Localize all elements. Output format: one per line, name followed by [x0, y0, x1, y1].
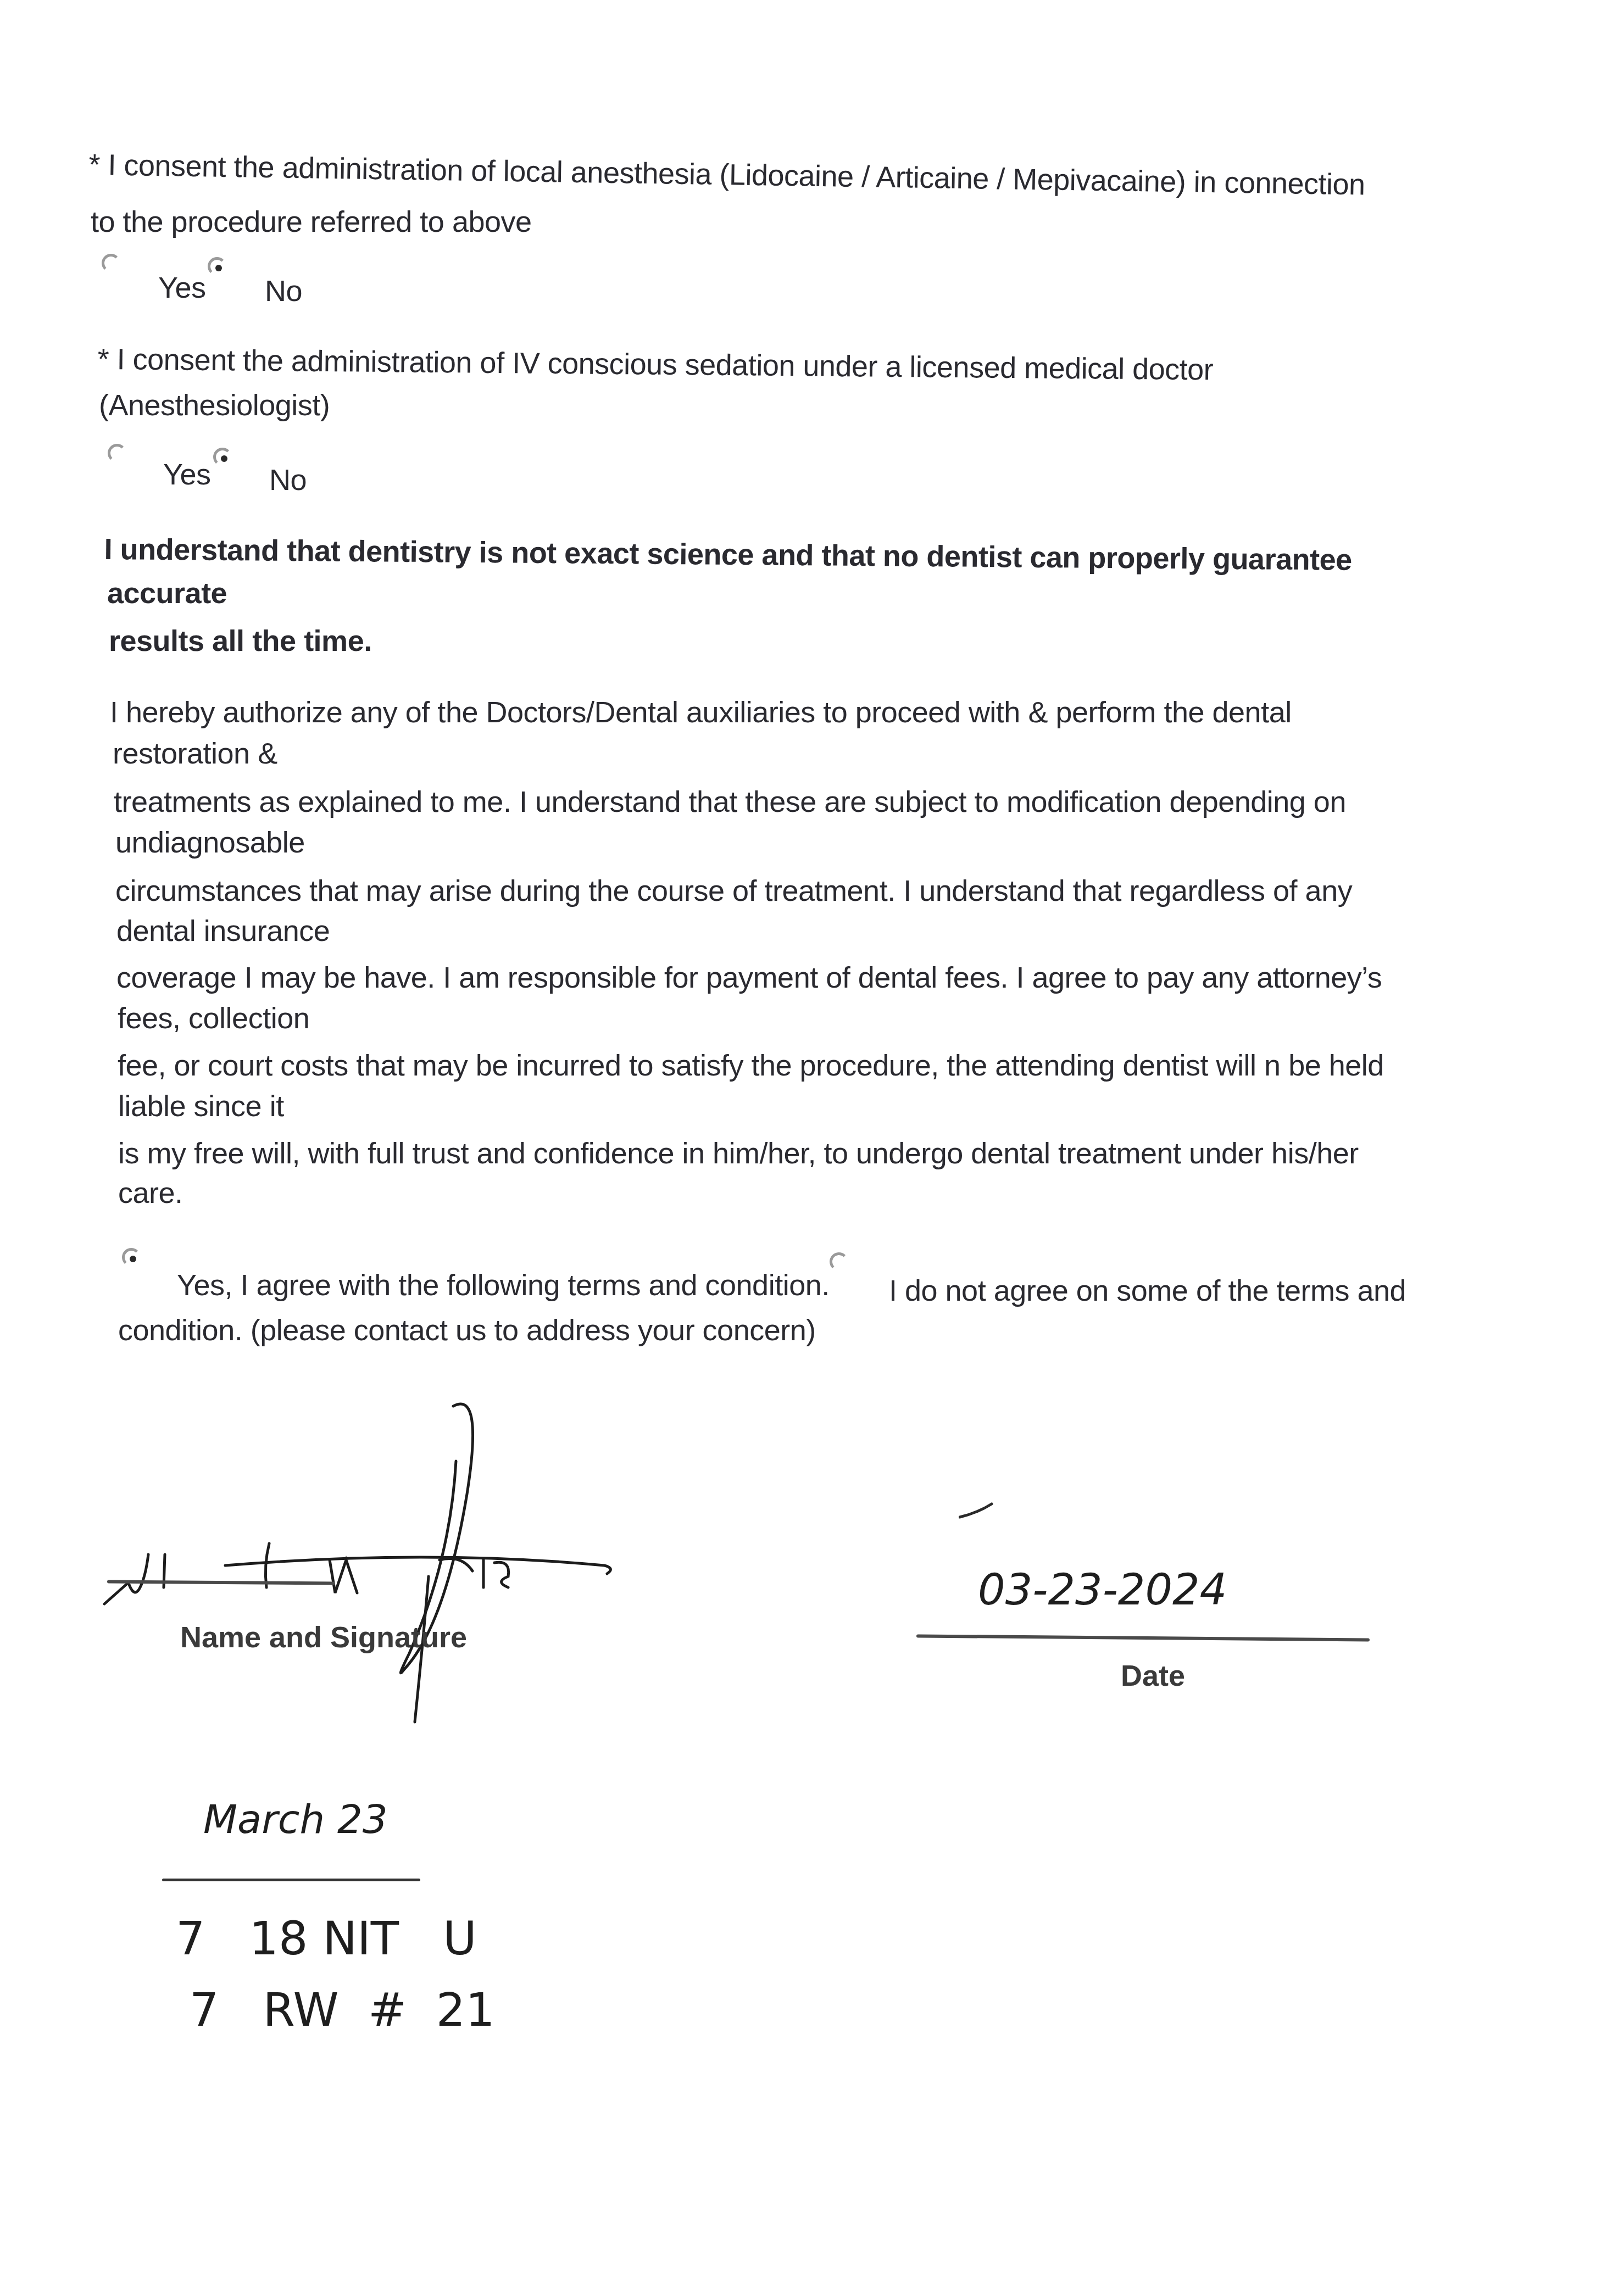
- authorization-line: is my free will, with full trust and con…: [118, 1136, 1359, 1171]
- disagree-radio[interactable]: [830, 1252, 848, 1271]
- local-anesthesia-yes-radio[interactable]: [102, 254, 120, 272]
- notes-heading: March 23: [203, 1796, 388, 1842]
- agree-label: Yes, I agree with the following terms an…: [177, 1268, 830, 1303]
- authorization-line: treatments as explained to me. I underst…: [114, 784, 1346, 820]
- iv-sedation-no-label: No: [269, 462, 307, 498]
- local-anesthesia-yes-label: Yes: [158, 270, 206, 305]
- iv-sedation-yes-radio[interactable]: [108, 444, 126, 462]
- disclaimer-line1: I understand that dentistry is not exact…: [104, 532, 1352, 578]
- local-anesthesia-question-line2: to the procedure referred to above: [91, 204, 532, 239]
- disagree-label-line2: condition. (please contact us to address…: [118, 1313, 816, 1348]
- authorization-line: dental insurance: [116, 913, 330, 949]
- notes-line: 7 RW # 21: [190, 1983, 495, 2037]
- date-line: [916, 1634, 1370, 1641]
- iv-sedation-question-line1: * I consent the administration of IV con…: [97, 343, 1213, 386]
- authorization-line: I hereby authorize any of the Doctors/De…: [110, 695, 1292, 730]
- local-anesthesia-no-label: No: [265, 274, 302, 309]
- notes-line: 7 18 NIT U: [176, 1912, 477, 1965]
- authorization-line: liable since it: [118, 1089, 284, 1124]
- authorization-line: circumstances that may arise during the …: [115, 873, 1352, 909]
- authorization-line: fees, collection: [118, 1001, 309, 1036]
- disclaimer-line3: results all the time.: [109, 623, 372, 659]
- iv-sedation-question: * I consent the administration of IV con…: [97, 342, 1213, 387]
- date-caption: Date: [1121, 1659, 1185, 1693]
- authorization-line: care.: [118, 1175, 183, 1211]
- iv-sedation-question-line2: (Anesthesiologist): [99, 388, 330, 423]
- date-handwritten-value: 03-23-2024: [978, 1565, 1227, 1615]
- authorization-line: restoration &: [113, 736, 277, 771]
- local-anesthesia-question: * I consent the administration of local …: [88, 147, 1365, 202]
- authorization-line: coverage I may be have. I am responsible…: [116, 960, 1382, 995]
- iv-sedation-no-radio[interactable]: [213, 448, 232, 466]
- date-tick-mark: [959, 1500, 997, 1522]
- disagree-label-line1: I do not agree on some of the terms and: [889, 1273, 1406, 1308]
- local-anesthesia-no-radio[interactable]: [208, 257, 226, 276]
- local-anesthesia-question-line1: * I consent the administration of local …: [88, 148, 1365, 201]
- authorization-line: undiagnosable: [115, 825, 305, 860]
- iv-sedation-yes-label: Yes: [163, 457, 211, 492]
- signature-caption: Name and Signature: [180, 1620, 467, 1654]
- disclaimer-line2: accurate: [107, 576, 227, 611]
- agree-radio[interactable]: [122, 1248, 141, 1267]
- authorization-line: fee, or court costs that may be incurred…: [118, 1048, 1384, 1083]
- notes-underline: [162, 1879, 420, 1881]
